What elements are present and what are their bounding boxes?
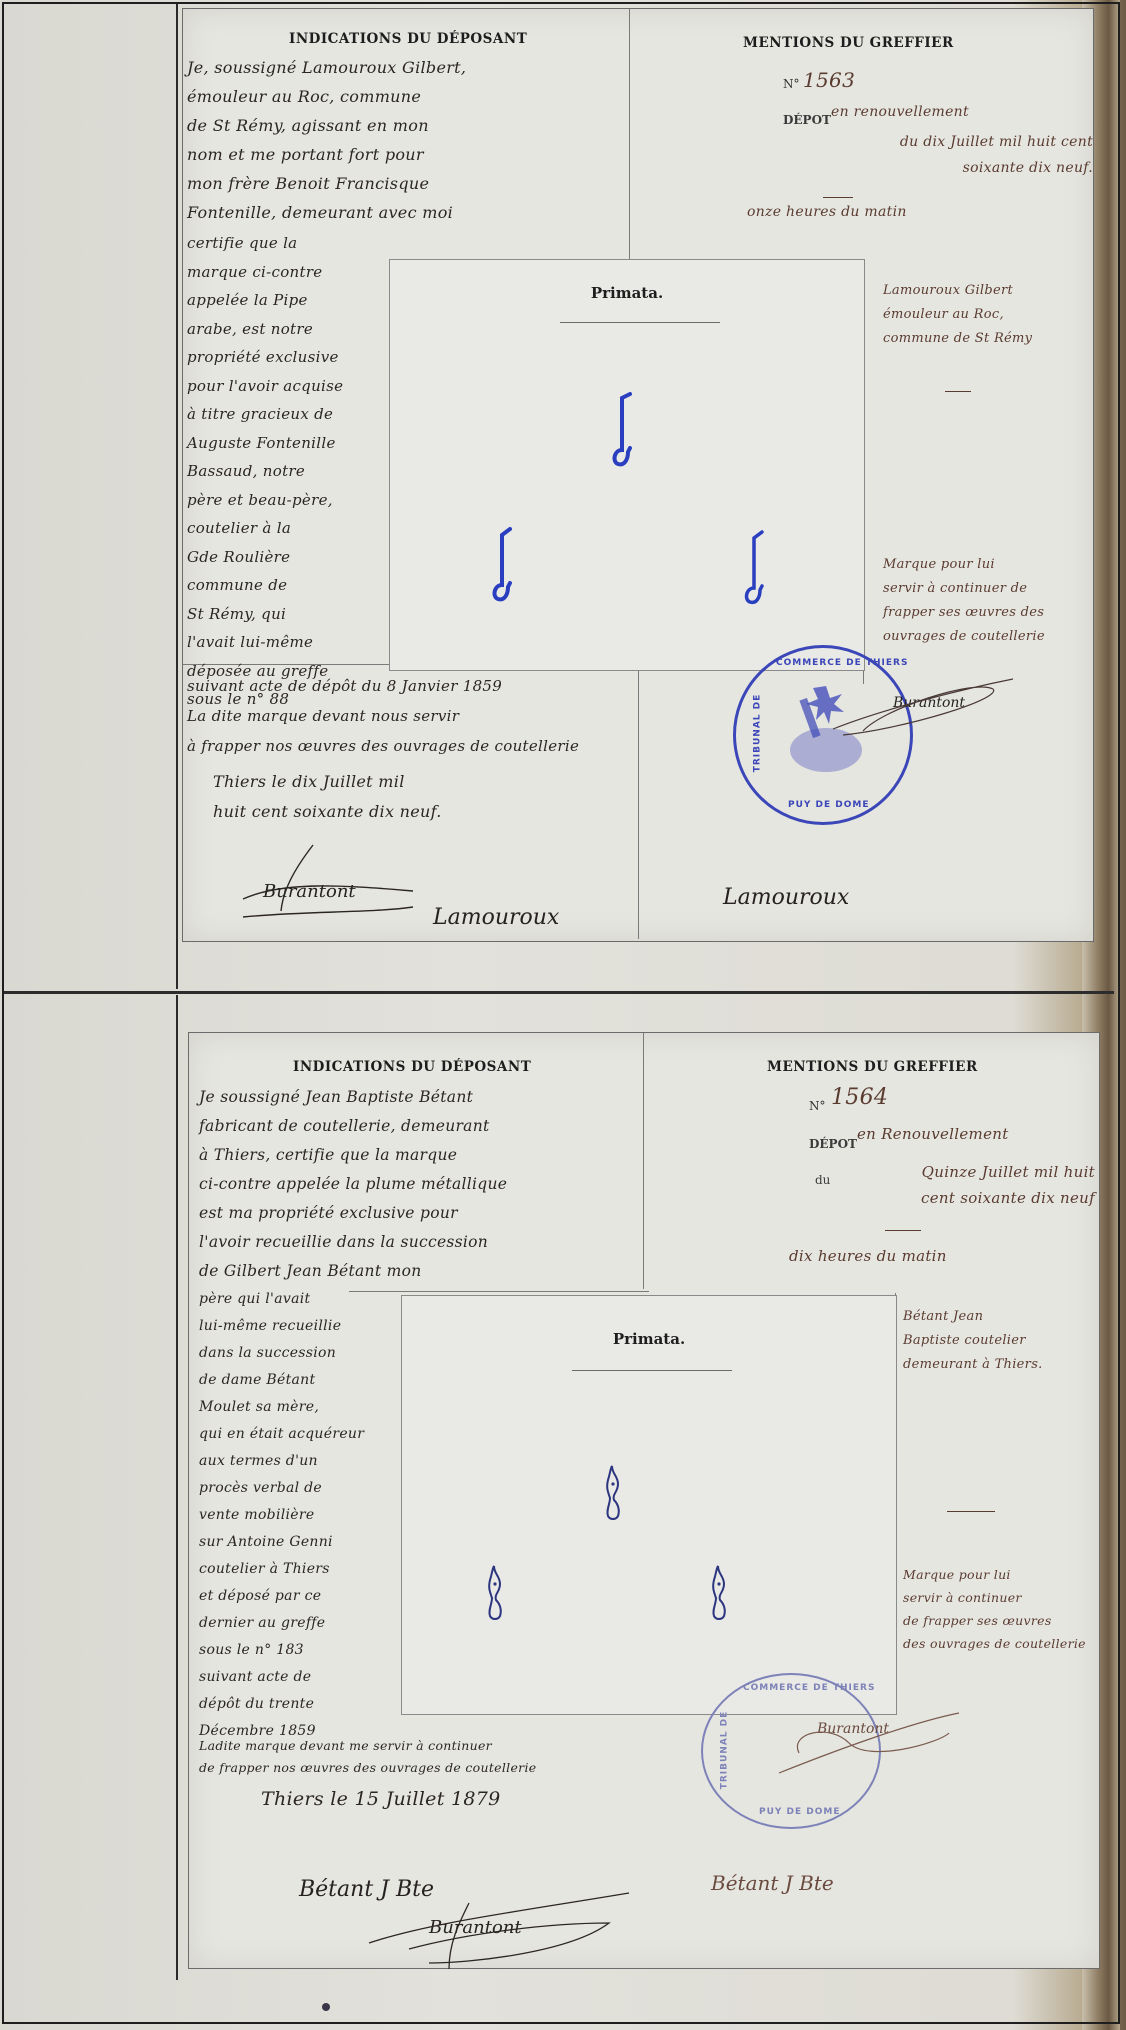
trademark-title: Primata. (402, 1330, 896, 1348)
declarant-statement-continued: certifie que la marque ci-contre appelée… (187, 229, 377, 714)
trademark-box: Primata. (401, 1295, 897, 1715)
title-rule (560, 322, 720, 323)
declarant-statement-end: Ladite marque devant me servir à continu… (199, 1735, 659, 1779)
hook-mark-icon (490, 525, 520, 605)
pen-nib-mark-icon (708, 1564, 732, 1622)
trademark-title: Primata. (390, 284, 864, 302)
hook-mark-icon (610, 390, 640, 470)
place-and-date: Thiers le dix Juillet mil huit cent soix… (213, 767, 633, 827)
signature-flourish (349, 1883, 649, 1973)
hook-mark-icon (742, 528, 772, 608)
register-entry-1564: INDICATIONS DU DÉPOSANT MENTIONS DU GREF… (188, 1032, 1100, 1969)
column-divider (629, 9, 630, 259)
pen-nib-mark-icon (602, 1464, 626, 1522)
header-indications-deposant: INDICATIONS DU DÉPOSANT (293, 1059, 531, 1075)
declarant-statement-continued: père qui l'avait lui-même recueillie dan… (199, 1286, 379, 1745)
depot-type: en Renouvellement (857, 1121, 1009, 1147)
dash (945, 391, 971, 392)
deposit-number: 1564 (831, 1085, 888, 1111)
dash (823, 197, 853, 198)
dash (947, 1511, 995, 1512)
pen-nib-mark-icon (484, 1564, 508, 1622)
margin-rule-bottom (176, 995, 178, 1980)
header-indications-deposant: INDICATIONS DU DÉPOSANT (289, 31, 527, 47)
signature-flourish (223, 841, 423, 921)
registrar-note-name: Lamouroux Gilbert émouleur au Roc, commu… (883, 279, 1083, 351)
scanned-register-page: INDICATIONS DU DÉPOSANT MENTIONS DU GREF… (0, 0, 1126, 2030)
register-entry-1563: INDICATIONS DU DÉPOSANT MENTIONS DU GREF… (182, 8, 1094, 942)
deposit-date: Quinze Juillet mil huit cent soixante di… (645, 1159, 1095, 1211)
deposit-time: dix heures du matin (789, 1243, 947, 1269)
declarant-statement: Je, soussigné Lamouroux Gilbert, émouleu… (187, 53, 627, 227)
depositor-signature-right: Bétant J Bte (711, 1871, 834, 1895)
depot-type: en renouvellement (831, 99, 969, 125)
registrar-note-use: Marque pour lui servir à continuer de fr… (903, 1563, 1093, 1655)
deposit-date: du dix Juillet mil huit cent soixante di… (723, 129, 1093, 181)
registrar-note-use: Marque pour lui servir à continuer de fr… (883, 553, 1083, 649)
dash (885, 1230, 921, 1231)
registrar-note-name: Bétant Jean Baptiste coutelier demeurant… (903, 1305, 1093, 1377)
title-rule (572, 1370, 732, 1371)
number-label: N° (809, 1099, 826, 1113)
section-rule (349, 1291, 649, 1292)
signature-flourish (823, 669, 1023, 749)
signature-flourish (769, 1693, 969, 1793)
depot-label: DÉPOT (809, 1137, 857, 1151)
depositor-signature: Lamouroux (433, 905, 559, 930)
trademark-box: Primata. (389, 259, 865, 671)
margin-rule-top (176, 4, 178, 989)
place-and-date: Thiers le 15 Juillet 1879 (261, 1785, 501, 1814)
depot-label: DÉPOT (783, 113, 831, 127)
depositor-signature-right: Lamouroux (723, 885, 849, 910)
number-label: N° (783, 77, 800, 91)
binding-hole (322, 2003, 330, 2011)
deposit-number: 1563 (803, 67, 855, 93)
declarant-statement: Je soussigné Jean Baptiste Bétant fabric… (199, 1083, 649, 1286)
header-mentions-greffier: MENTIONS DU GREFFIER (767, 1059, 978, 1075)
entry-separator (4, 991, 1114, 994)
deposit-time: onze heures du matin (747, 199, 907, 225)
header-mentions-greffier: MENTIONS DU GREFFIER (743, 35, 954, 51)
declarant-statement-end: suivant acte de dépôt du 8 Janvier 1859 … (187, 671, 657, 761)
